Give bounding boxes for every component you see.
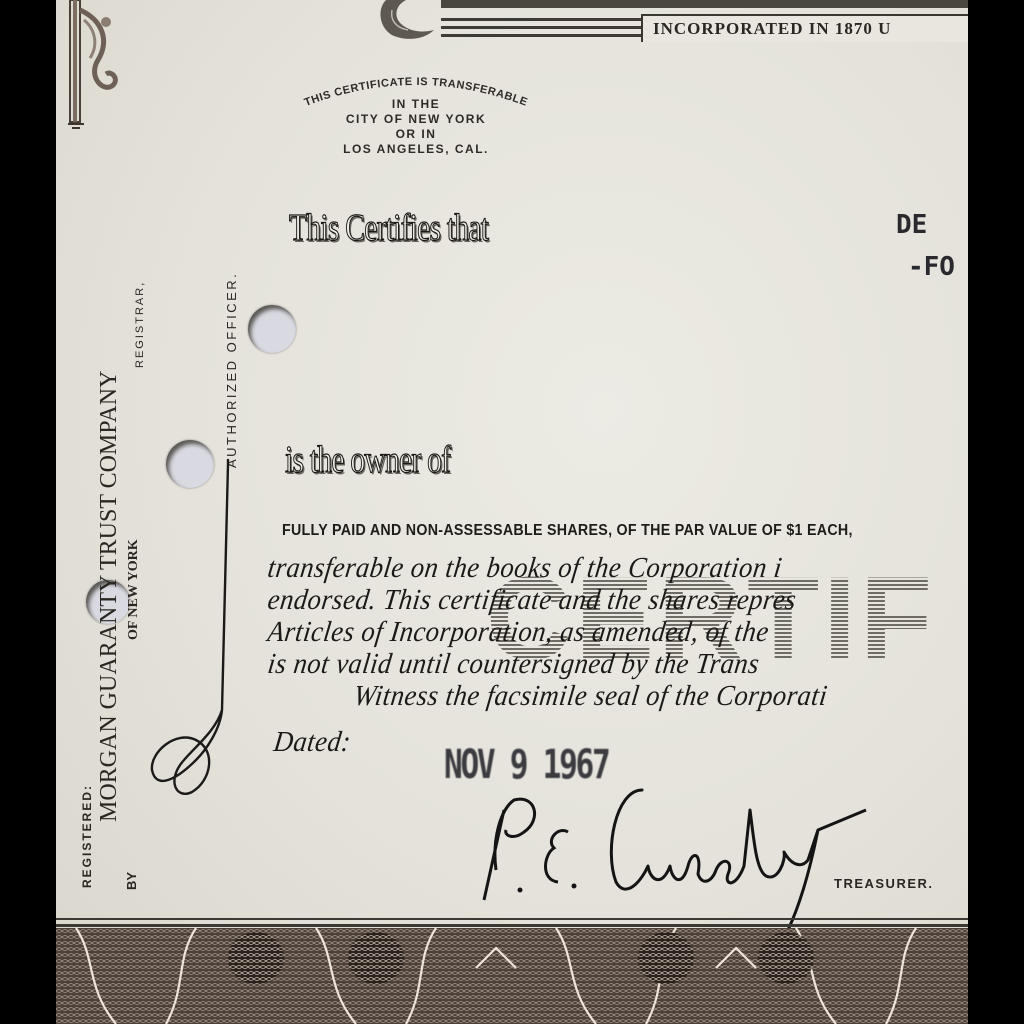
treasurer-title: TREASURER. [834, 876, 934, 891]
left-scroll-ornament-icon [62, 0, 122, 130]
body-script-line-2: endorsed. This certificate and the share… [266, 584, 798, 617]
transfer-line-3: OR IN [291, 127, 541, 142]
transfer-line-2: CITY OF NEW YORK [291, 112, 541, 127]
holder-name-line-2: -FO [908, 252, 955, 282]
bottom-rule [56, 924, 968, 927]
guilloche-border [56, 928, 968, 1024]
registered-label: REGISTERED: [80, 784, 94, 888]
certifies-heading: This Certifies that [289, 206, 488, 250]
body-script-line-4: is not valid until countersigned by the … [266, 648, 762, 681]
shares-description: FULLY PAID AND NON-ASSESSABLE SHARES, OF… [282, 522, 853, 540]
owner-heading: is the owner of [285, 438, 450, 482]
cancellation-hole [248, 305, 296, 353]
bottom-rule [56, 918, 968, 920]
transfer-line-4: LOS ANGELES, CAL. [291, 142, 541, 157]
guilloche-pattern-icon [56, 928, 968, 1024]
registrar-role: REGISTRAR, [134, 281, 146, 368]
certificate-paper: INCORPORATED IN 1870 U THIS CERTIFICATE … [56, 0, 968, 1024]
body-script-line-5: Witness the facsimile seal of the Corpor… [352, 680, 830, 713]
body-script-line-1: transferable on the books of the Corpora… [266, 552, 784, 585]
incorporation-banner: INCORPORATED IN 1870 U [641, 14, 968, 42]
registrar-company: MORGAN GUARANTY TRUST COMPANY [96, 371, 123, 822]
by-label: BY [124, 872, 139, 890]
body-script-line-3: Articles of Incorporation, as amended, o… [266, 616, 771, 649]
registrar-signature-icon [136, 430, 256, 810]
holder-name-line-1: DE [896, 210, 927, 240]
dated-label: Dated: [272, 726, 353, 759]
incorporated-text: INCORPORATED IN 1870 U [653, 19, 891, 39]
transfer-location-stamp: THIS CERTIFICATE IS TRANSFERABLE IN THE … [291, 70, 541, 160]
